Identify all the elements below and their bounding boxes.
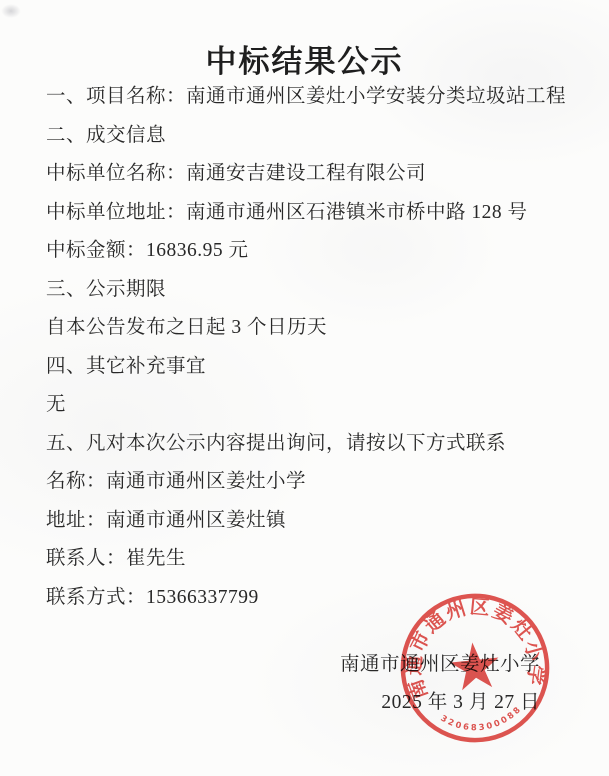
signature-org: 南通市通州区姜灶小学 — [340, 654, 540, 675]
line-section3-heading: 三、公示期限 — [46, 279, 586, 300]
signature-block: 南通市通州区姜灶小学 2025 年 3 月 27 日 — [340, 654, 540, 713]
line-contact-address: 地址：南通市通州区姜灶镇 — [46, 510, 586, 531]
line-winner-name: 中标单位名称：南通安吉建设工程有限公司 — [46, 163, 586, 184]
line-winning-amount: 中标金额：16836.95 元 — [46, 240, 586, 261]
line-none: 无 — [46, 394, 586, 415]
line-section5-heading: 五、凡对本次公示内容提出询问，请按以下方式联系 — [46, 433, 586, 454]
line-section2-heading: 二、成交信息 — [46, 125, 586, 146]
announcement-document: 中标结果公示 一、项目名称：南通市通州区姜灶小学安装分类垃圾站工程 二、成交信息… — [0, 0, 609, 776]
line-contact-phone: 联系方式：15366337799 — [46, 587, 586, 608]
line-section4-heading: 四、其它补充事宜 — [46, 356, 586, 377]
line-contact-org-name: 名称：南通市通州区姜灶小学 — [46, 471, 586, 492]
line-contact-person: 联系人：崔先生 — [46, 548, 586, 569]
document-title: 中标结果公示 — [0, 36, 609, 81]
line-winner-address: 中标单位地址：南通市通州区石港镇米市桥中路 128 号 — [46, 202, 586, 223]
document-body: 一、项目名称：南通市通州区姜灶小学安装分类垃圾站工程 二、成交信息 中标单位名称… — [46, 86, 586, 625]
line-section1-project-name: 一、项目名称：南通市通州区姜灶小学安装分类垃圾站工程 — [46, 86, 586, 107]
signature-date: 2025 年 3 月 27 日 — [340, 692, 540, 713]
line-publicity-period: 自本公告发布之日起 3 个日历天 — [46, 317, 586, 338]
